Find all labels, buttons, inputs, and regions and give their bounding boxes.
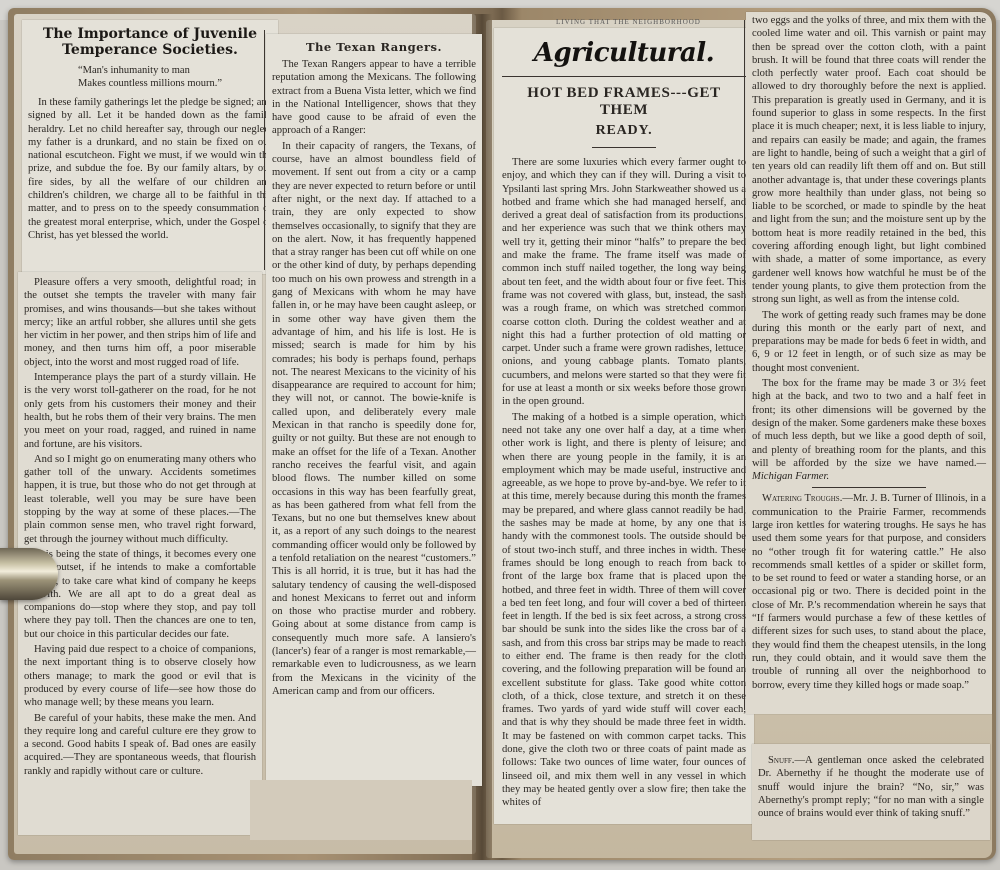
clipping-texan-rangers: The Texan Rangers. The Texan Rangers app… [266, 34, 482, 786]
headline-rule [592, 147, 656, 148]
snuff-lead: Snuff. [768, 755, 794, 766]
top-strip: LIVING THAT THE NEIGHBORHOOD [556, 18, 726, 28]
masthead-rule [502, 76, 746, 77]
rangers-paragraph-2: In their capacity of rangers, the Texans… [272, 140, 476, 698]
clipping-snuff: Snuff.—A gentleman once asked the celebr… [752, 744, 990, 840]
torn-paper [250, 780, 472, 840]
pleasure-paragraph-1: Pleasure offers a very smooth, delightfu… [24, 276, 256, 369]
clipping-temperance: The Importance of Juvenile Temperance So… [22, 20, 278, 274]
pleasure-paragraph-4: This being the state of things, it becom… [24, 548, 256, 641]
hotbed-paragraph-1: There are some luxuries which every farm… [502, 156, 746, 409]
hotbed-paragraph-2: The making of a hotbed is a simple opera… [502, 411, 746, 810]
hotbed-subhead: READY. [502, 123, 746, 139]
hotbed-paragraph-5: The box for the frame may be made 3 or 3… [752, 377, 986, 483]
pleasure-paragraph-5: Having paid due respect to a choice of c… [24, 643, 256, 709]
pleasure-paragraph-2: Intemperance plays the part of a sturdy … [24, 371, 256, 451]
agricultural-masthead: Agricultural. [502, 28, 746, 76]
hotbed-headline: HOT BED FRAMES---GET THEM [506, 85, 742, 119]
column-rule [744, 20, 745, 710]
clipping-agricultural-continued: two eggs and the yolks of three, and mix… [746, 12, 992, 714]
section-rule [812, 487, 926, 488]
watering-troughs-lead: Watering Troughs. [762, 493, 842, 504]
rangers-title: The Texan Rangers. [272, 40, 476, 54]
hotbed-paragraph-4: The work of getting ready such frames ma… [752, 309, 986, 375]
temperance-title: The Importance of Juvenile Temperance So… [28, 26, 272, 58]
column-rule [264, 30, 265, 270]
pen-holding-page [0, 548, 58, 600]
clipping-pleasure: Pleasure offers a very smooth, delightfu… [18, 272, 262, 835]
clipping-agricultural: Agricultural. HOT BED FRAMES---GET THEM … [494, 28, 754, 824]
temperance-paragraph: In these family gatherings let the pledg… [28, 96, 272, 242]
temperance-epigraph: “Man's inhumanity to man Makes countless… [78, 64, 272, 90]
snuff-paragraph: Snuff.—A gentleman once asked the celebr… [758, 754, 984, 820]
watering-troughs-paragraph: Watering Troughs.—Mr. J. B. Turner of Il… [752, 492, 986, 691]
pleasure-paragraph-3: And so I might go on enumerating many ot… [24, 453, 256, 546]
pleasure-paragraph-6: Be careful of your habits, these make th… [24, 712, 256, 778]
rangers-paragraph-1: The Texan Rangers appear to have a terri… [272, 58, 476, 138]
hotbed-paragraph-3: two eggs and the yolks of three, and mix… [752, 14, 986, 307]
